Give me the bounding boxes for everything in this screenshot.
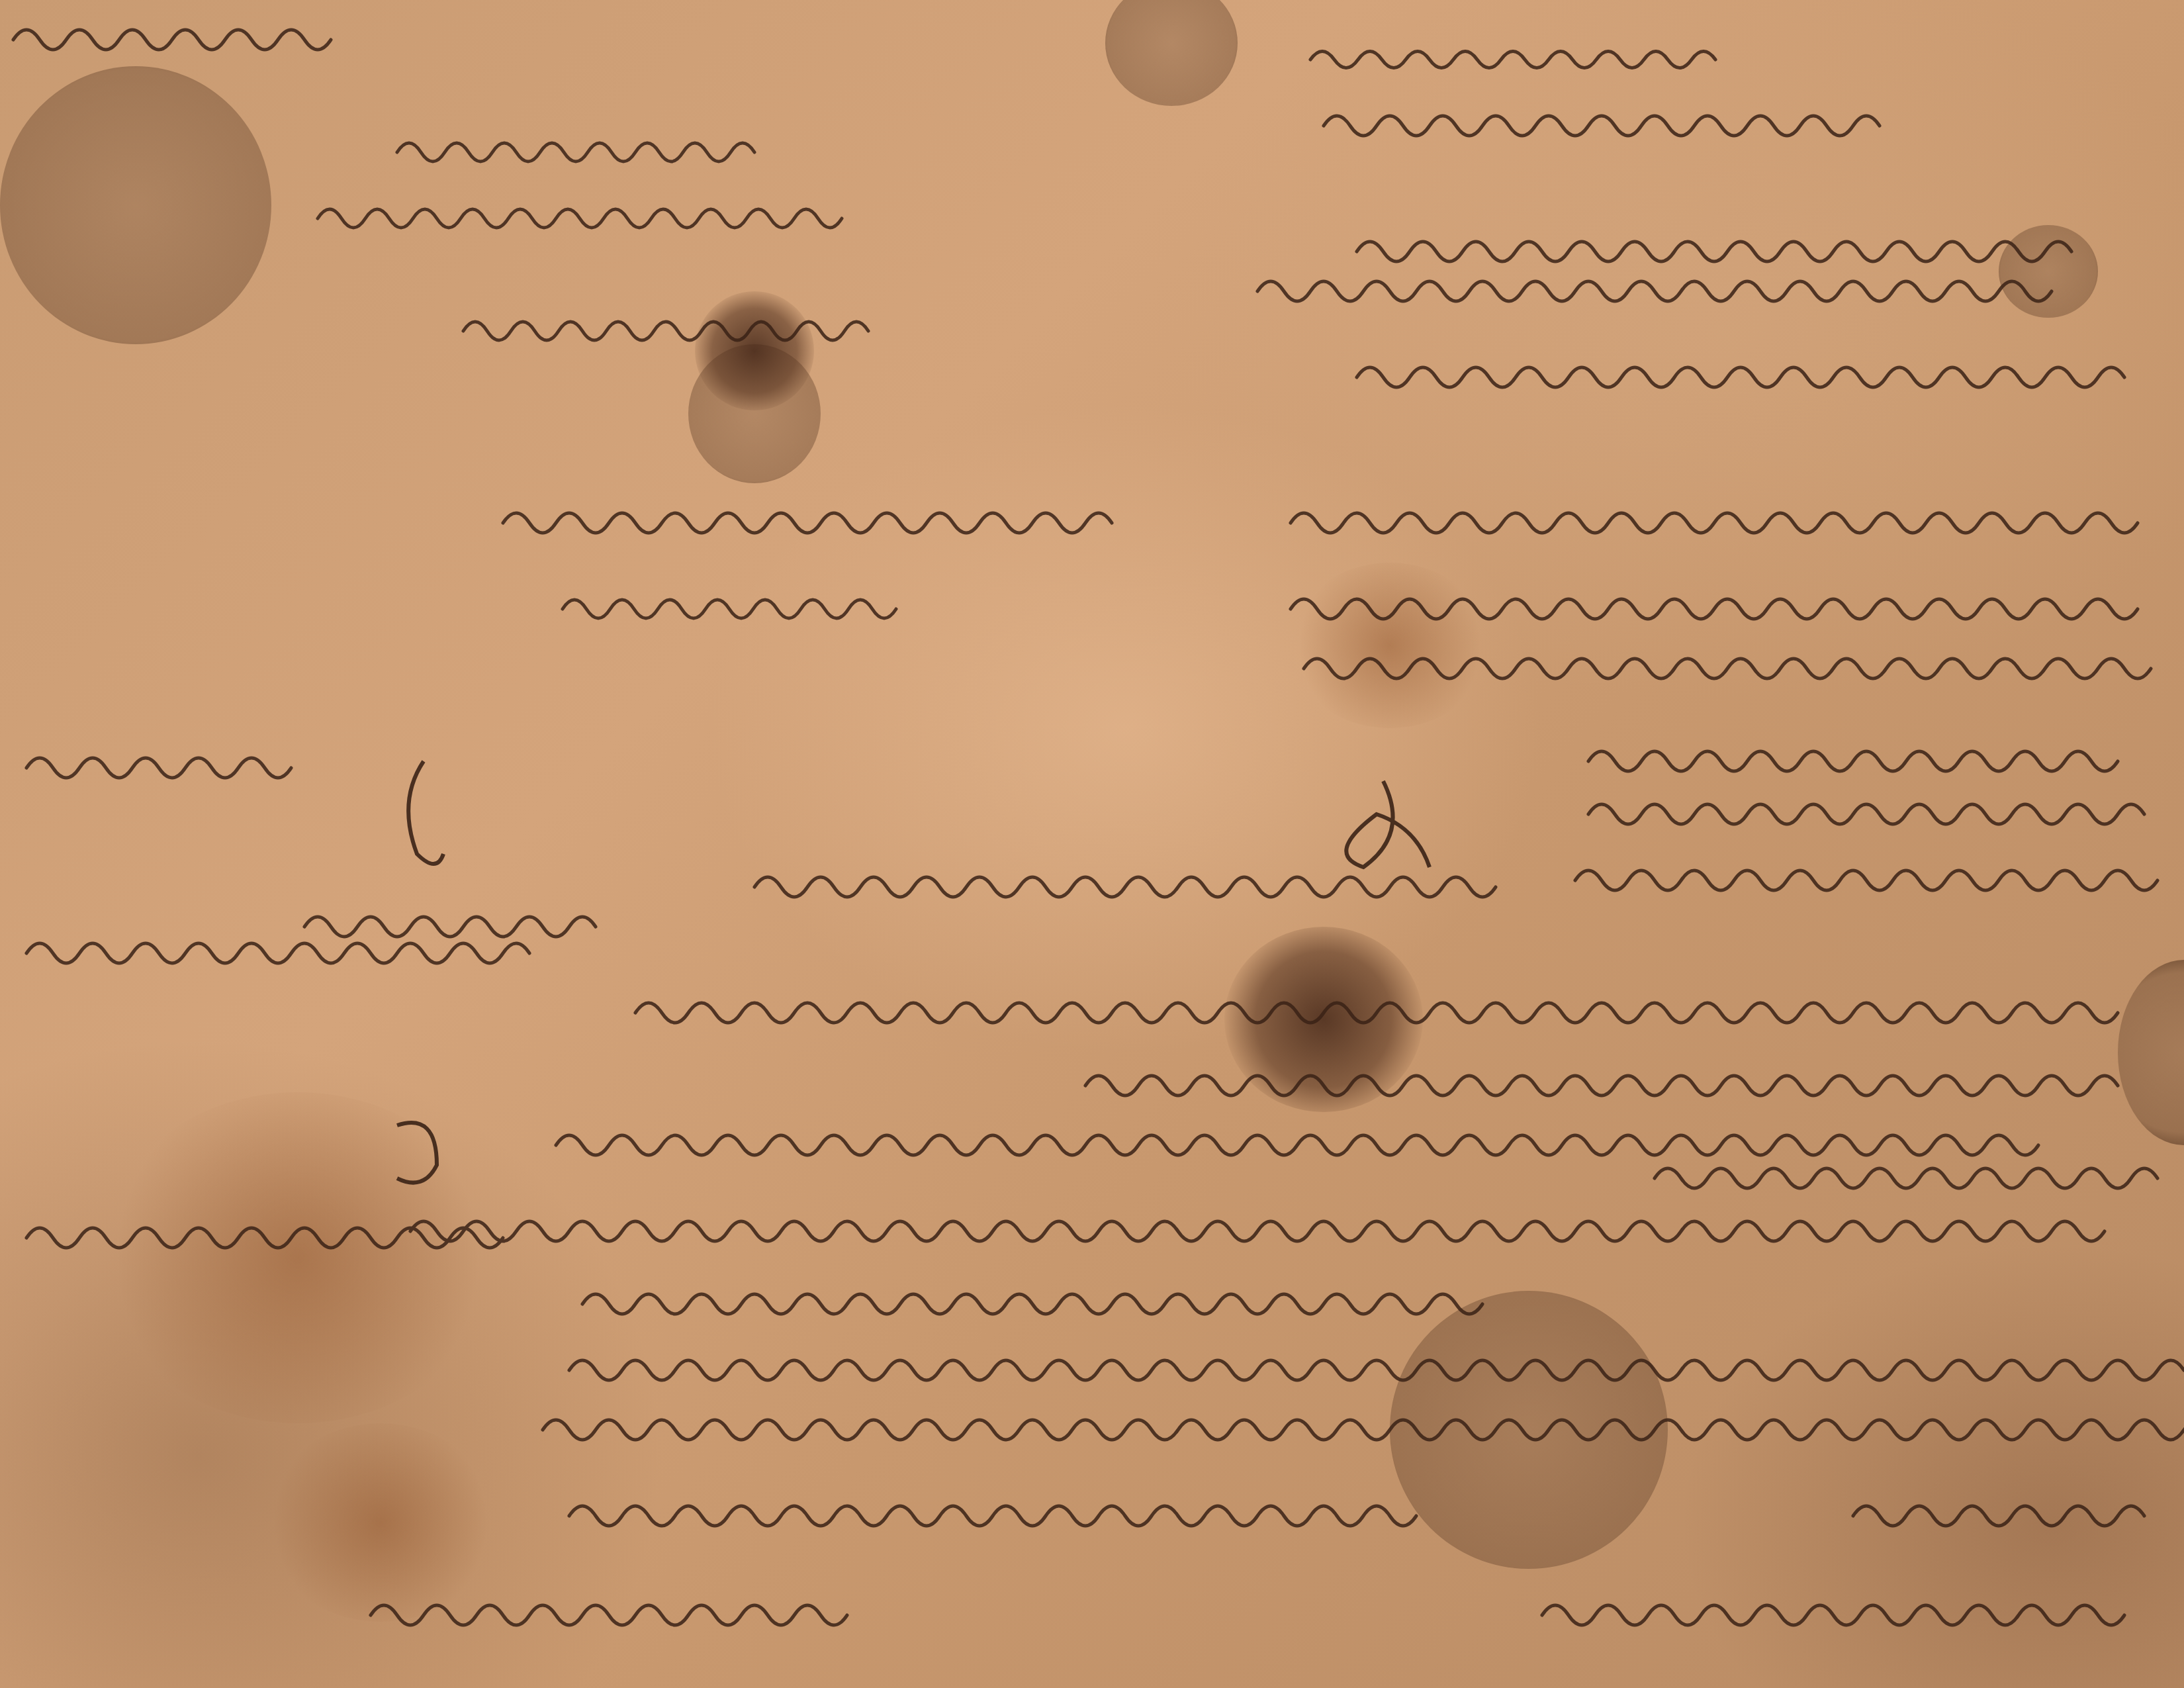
handwriting-script (0, 0, 2184, 1688)
parchment-background (0, 0, 2184, 1688)
